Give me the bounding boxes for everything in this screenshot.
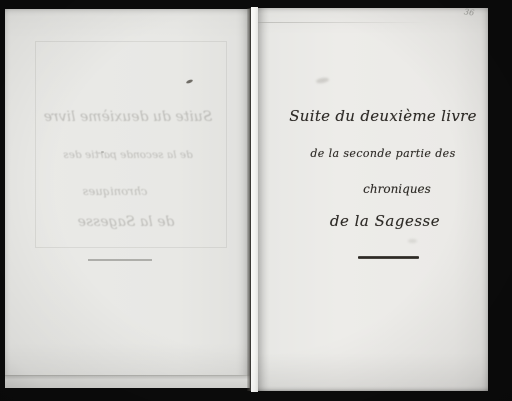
left-page: Suite du deuxième livre de la seconde pa… [5,9,250,388]
bleedthrough-line-4: de la Sagesse [20,214,232,230]
paper-speck [101,151,104,153]
right-page: 36 Suite du deuxième livre de la seconde… [258,8,488,391]
manuscript-title: Suite du deuxième livre de la seconde pa… [283,8,483,391]
title-line-1: Suite du deuxième livre [283,107,483,125]
bleedthrough-line-3: chroniques [9,184,221,198]
title-line-4: de la Sagesse [285,212,485,230]
bleedthrough-line-2: de la seconde partie des [22,149,234,161]
title-underline-rule [358,256,419,259]
page-stack-edge [5,375,250,388]
bleedthrough-text: Suite du deuxième livre de la seconde pa… [22,9,234,388]
bleedthrough-underline-rule [88,259,152,261]
book-photo: Suite du deuxième livre de la seconde pa… [0,0,512,401]
gutter-highlight [251,7,258,392]
title-line-3: chroniques [297,182,497,196]
bleedthrough-line-1: Suite du deuxième livre [22,109,234,125]
title-line-2: de la seconde partie des [283,147,483,160]
